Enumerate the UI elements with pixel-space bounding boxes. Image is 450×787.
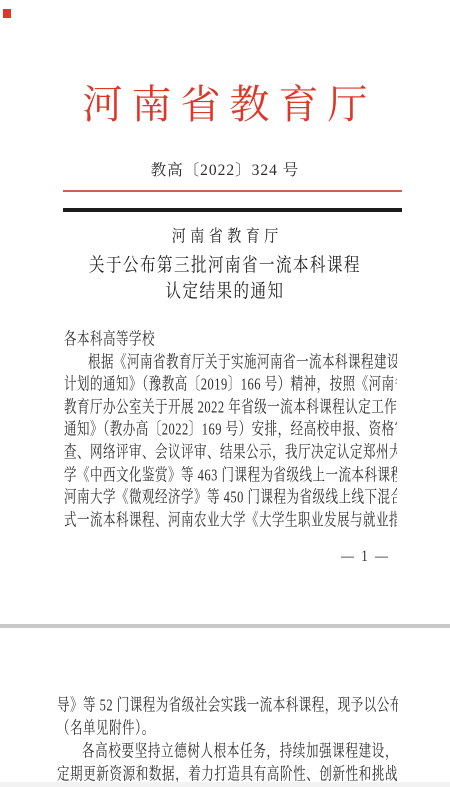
page1-page-number: — 1 —: [341, 546, 390, 565]
document-number: 教高〔2022〕324 号: [0, 162, 450, 180]
agency-masthead: 河南省教育厅: [0, 84, 450, 126]
title-notice-line: 认定结果的通知: [0, 279, 450, 306]
red-divider-rule: [63, 190, 402, 192]
black-divider-rule: [63, 208, 402, 212]
next-page-edge-shade: [0, 782, 450, 787]
scan-corner-mark: [3, 9, 11, 18]
title-subject-line: 关于公布第三批河南省一流本科课程: [0, 253, 450, 280]
page1-body-text: 各本科高等学校 根据《河南省教育厅关于实施河南省一流本科课程建设 计划的通知》（…: [64, 328, 397, 531]
body-line: 式一流本科课程、河南农业大学《大学生职业发展与就业指: [64, 504, 397, 535]
document-page-view: 河南省教育厅 教高〔2022〕324 号 河南省教育厅 关于公布第三批河南省一流…: [0, 0, 450, 787]
page2-body-text: 导》等 52 门课程为省级社会实践一流本科课程，现予以公布 （名单见附件）。 各…: [57, 694, 398, 786]
page-break-separator: [0, 624, 450, 628]
title-agency-line: 河南省教育厅: [0, 226, 450, 250]
